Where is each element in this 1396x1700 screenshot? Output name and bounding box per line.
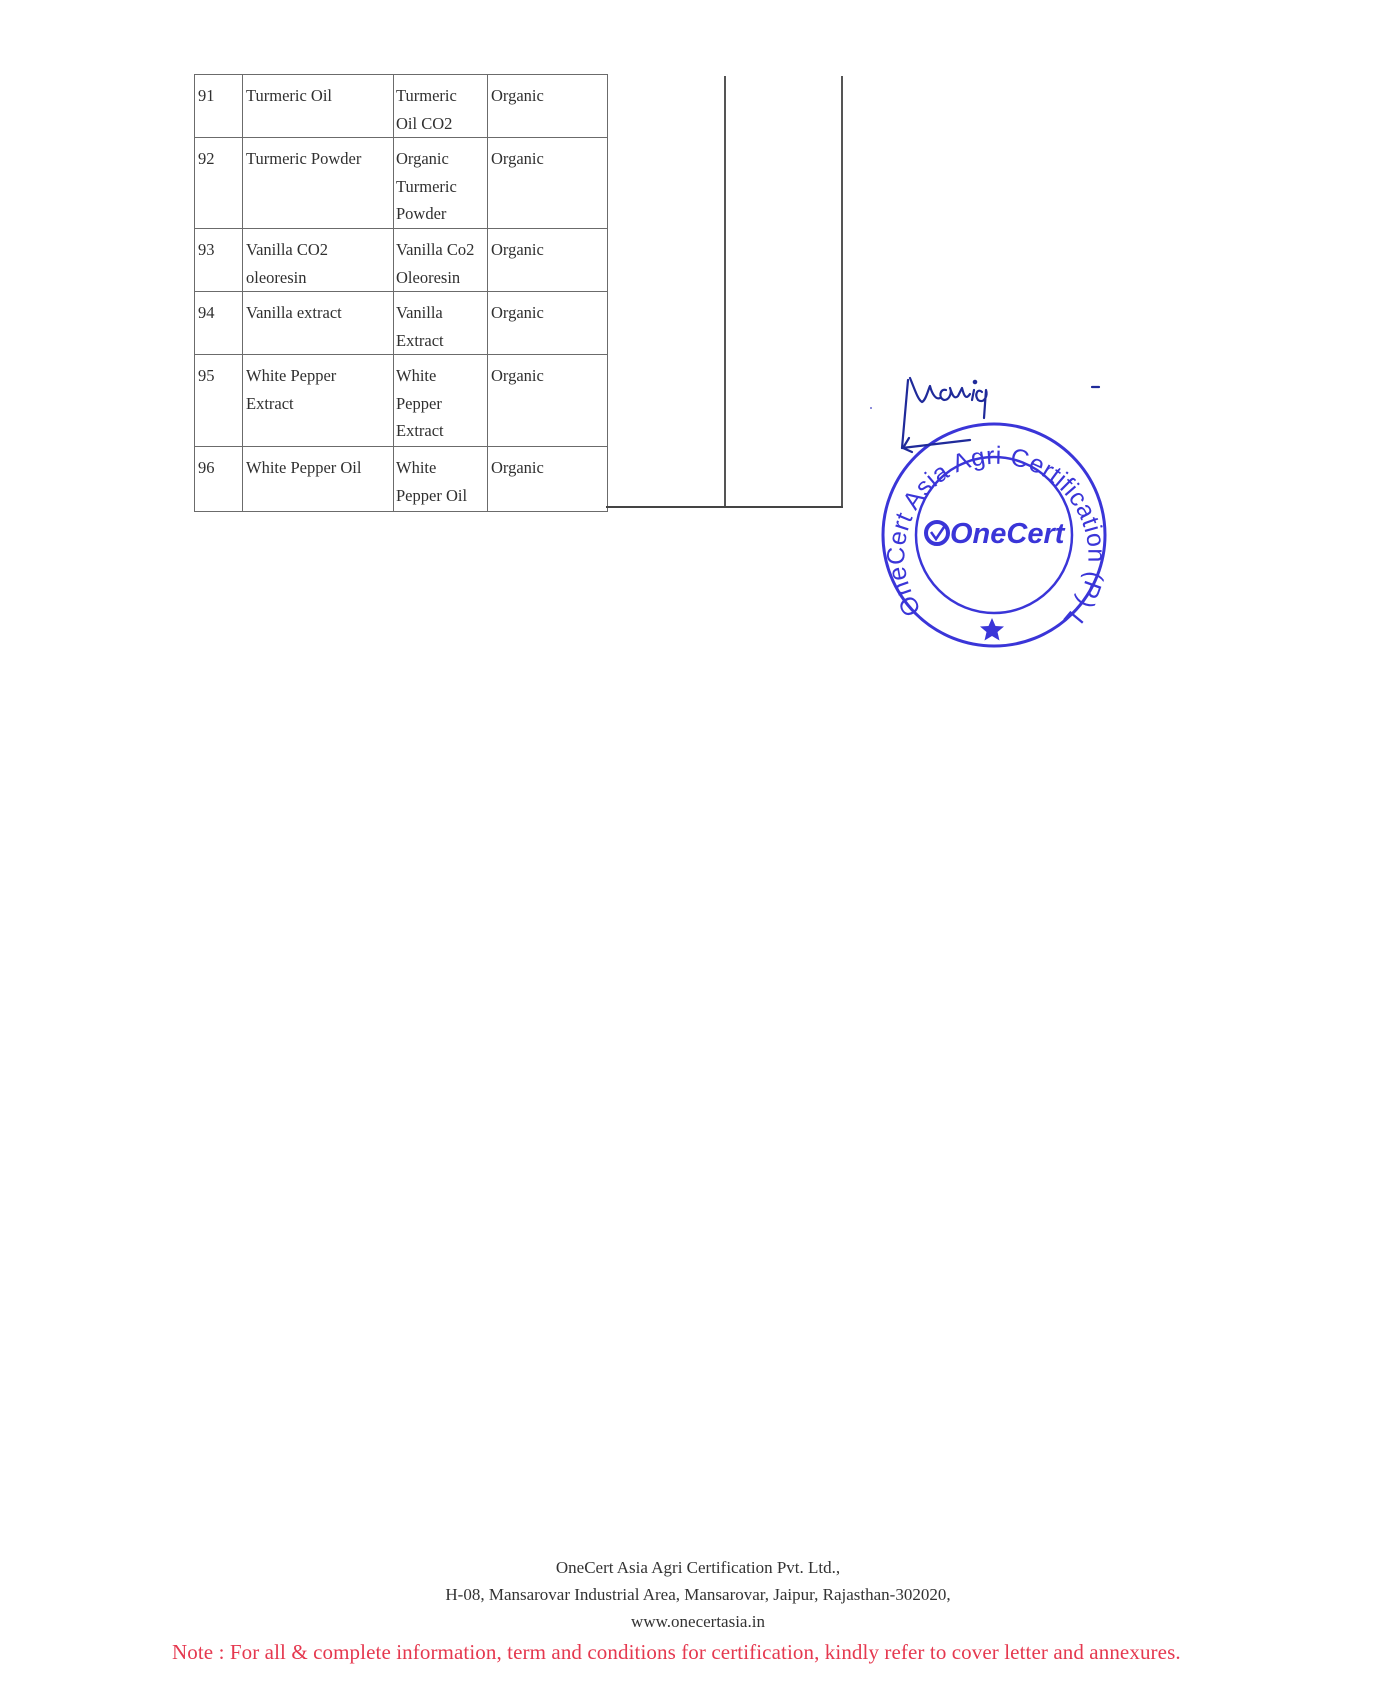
cell-product-name: White Pepper Oil — [243, 447, 394, 512]
cell-text: 95 — [198, 362, 239, 390]
cell-text: Organic — [396, 145, 484, 173]
cell-status: Organic — [488, 138, 608, 229]
cell-text: Pepper — [396, 390, 484, 418]
cell-serial-number: 92 — [195, 138, 243, 229]
blank-column-divider — [724, 76, 726, 507]
product-table-body: 91Turmeric OilTurmericOil CO2Organic92Tu… — [195, 75, 608, 512]
cell-trade-name: VanillaExtract — [394, 292, 488, 355]
cell-text: Oleoresin — [396, 264, 484, 292]
cell-text: White Pepper Oil — [246, 454, 390, 482]
cell-product-name: White PepperExtract — [243, 355, 394, 447]
cell-trade-name: WhitePepperExtract — [394, 355, 488, 447]
footer-company-name: OneCert Asia Agri Certification Pvt. Ltd… — [0, 1558, 1396, 1578]
footer-note: Note : For all & complete information, t… — [172, 1640, 1181, 1665]
table-row: 94Vanilla extractVanillaExtractOrganic — [195, 292, 608, 355]
cell-text: 91 — [198, 82, 239, 110]
cell-text: White Pepper — [246, 362, 390, 390]
cell-text: 92 — [198, 145, 239, 173]
cell-text: Organic — [491, 236, 604, 264]
cell-status: Organic — [488, 75, 608, 138]
cell-text: White — [396, 362, 484, 390]
cell-product-name: Turmeric Powder — [243, 138, 394, 229]
cell-trade-name: Vanilla Co2Oleoresin — [394, 229, 488, 292]
cell-text: Turmeric — [396, 82, 484, 110]
cell-text: 93 — [198, 236, 239, 264]
footer-website: www.onecertasia.in — [0, 1612, 1396, 1632]
cell-status: Organic — [488, 229, 608, 292]
table-row: 95White PepperExtractWhitePepperExtractO… — [195, 355, 608, 447]
cell-serial-number: 95 — [195, 355, 243, 447]
stamp-logo-text: OneCert — [950, 518, 1066, 550]
cell-text: Turmeric Oil — [246, 82, 390, 110]
cell-product-name: Vanilla extract — [243, 292, 394, 355]
table-row: 96White Pepper OilWhitePepper OilOrganic — [195, 447, 608, 512]
cell-serial-number: 96 — [195, 447, 243, 512]
cell-product-name: Turmeric Oil — [243, 75, 394, 138]
cell-text: Organic — [491, 82, 604, 110]
cell-status: Organic — [488, 292, 608, 355]
cell-text: Organic — [491, 145, 604, 173]
cell-serial-number: 93 — [195, 229, 243, 292]
cell-trade-name: TurmericOil CO2 — [394, 75, 488, 138]
cell-text: Vanilla Co2 — [396, 236, 484, 264]
cell-text: Vanilla extract — [246, 299, 390, 327]
cell-serial-number: 91 — [195, 75, 243, 138]
product-table: 91Turmeric OilTurmericOil CO2Organic92Tu… — [194, 74, 608, 512]
cell-status: Organic — [488, 355, 608, 447]
blank-columns-bottom-border — [606, 506, 843, 508]
cell-text: 96 — [198, 454, 239, 482]
cell-text: Vanilla CO2 — [246, 236, 390, 264]
certification-stamp: OneCert Asia Agri Certification (P) Ltd.… — [860, 360, 1140, 660]
cell-product-name: Vanilla CO2oleoresin — [243, 229, 394, 292]
onecert-logo: OneCert — [926, 518, 1066, 550]
cell-serial-number: 94 — [195, 292, 243, 355]
cell-text: Extract — [396, 417, 484, 445]
cell-text: Organic — [491, 299, 604, 327]
cell-text: Turmeric — [396, 173, 484, 201]
cell-trade-name: WhitePepper Oil — [394, 447, 488, 512]
signature — [902, 378, 1099, 452]
star-icon — [980, 618, 1004, 641]
footer-address: H-08, Mansarovar Industrial Area, Mansar… — [0, 1585, 1396, 1605]
table-row: 91Turmeric OilTurmericOil CO2Organic — [195, 75, 608, 138]
cell-text: 94 — [198, 299, 239, 327]
cell-text: White — [396, 454, 484, 482]
cell-text: Powder — [396, 200, 484, 228]
cell-text: Extract — [246, 390, 390, 418]
cell-text: Vanilla — [396, 299, 484, 327]
blank-column-right-border — [841, 76, 843, 507]
cell-text: Extract — [396, 327, 484, 355]
cell-text: Organic — [491, 454, 604, 482]
cell-text: oleoresin — [246, 264, 390, 292]
table-row: 93Vanilla CO2oleoresinVanilla Co2Oleores… — [195, 229, 608, 292]
cell-trade-name: OrganicTurmericPowder — [394, 138, 488, 229]
cell-text: Turmeric Powder — [246, 145, 390, 173]
cell-text: Organic — [491, 362, 604, 390]
cell-status: Organic — [488, 447, 608, 512]
cell-text: Oil CO2 — [396, 110, 484, 138]
table-row: 92Turmeric PowderOrganicTurmericPowderOr… — [195, 138, 608, 229]
cell-text: Pepper Oil — [396, 482, 484, 510]
